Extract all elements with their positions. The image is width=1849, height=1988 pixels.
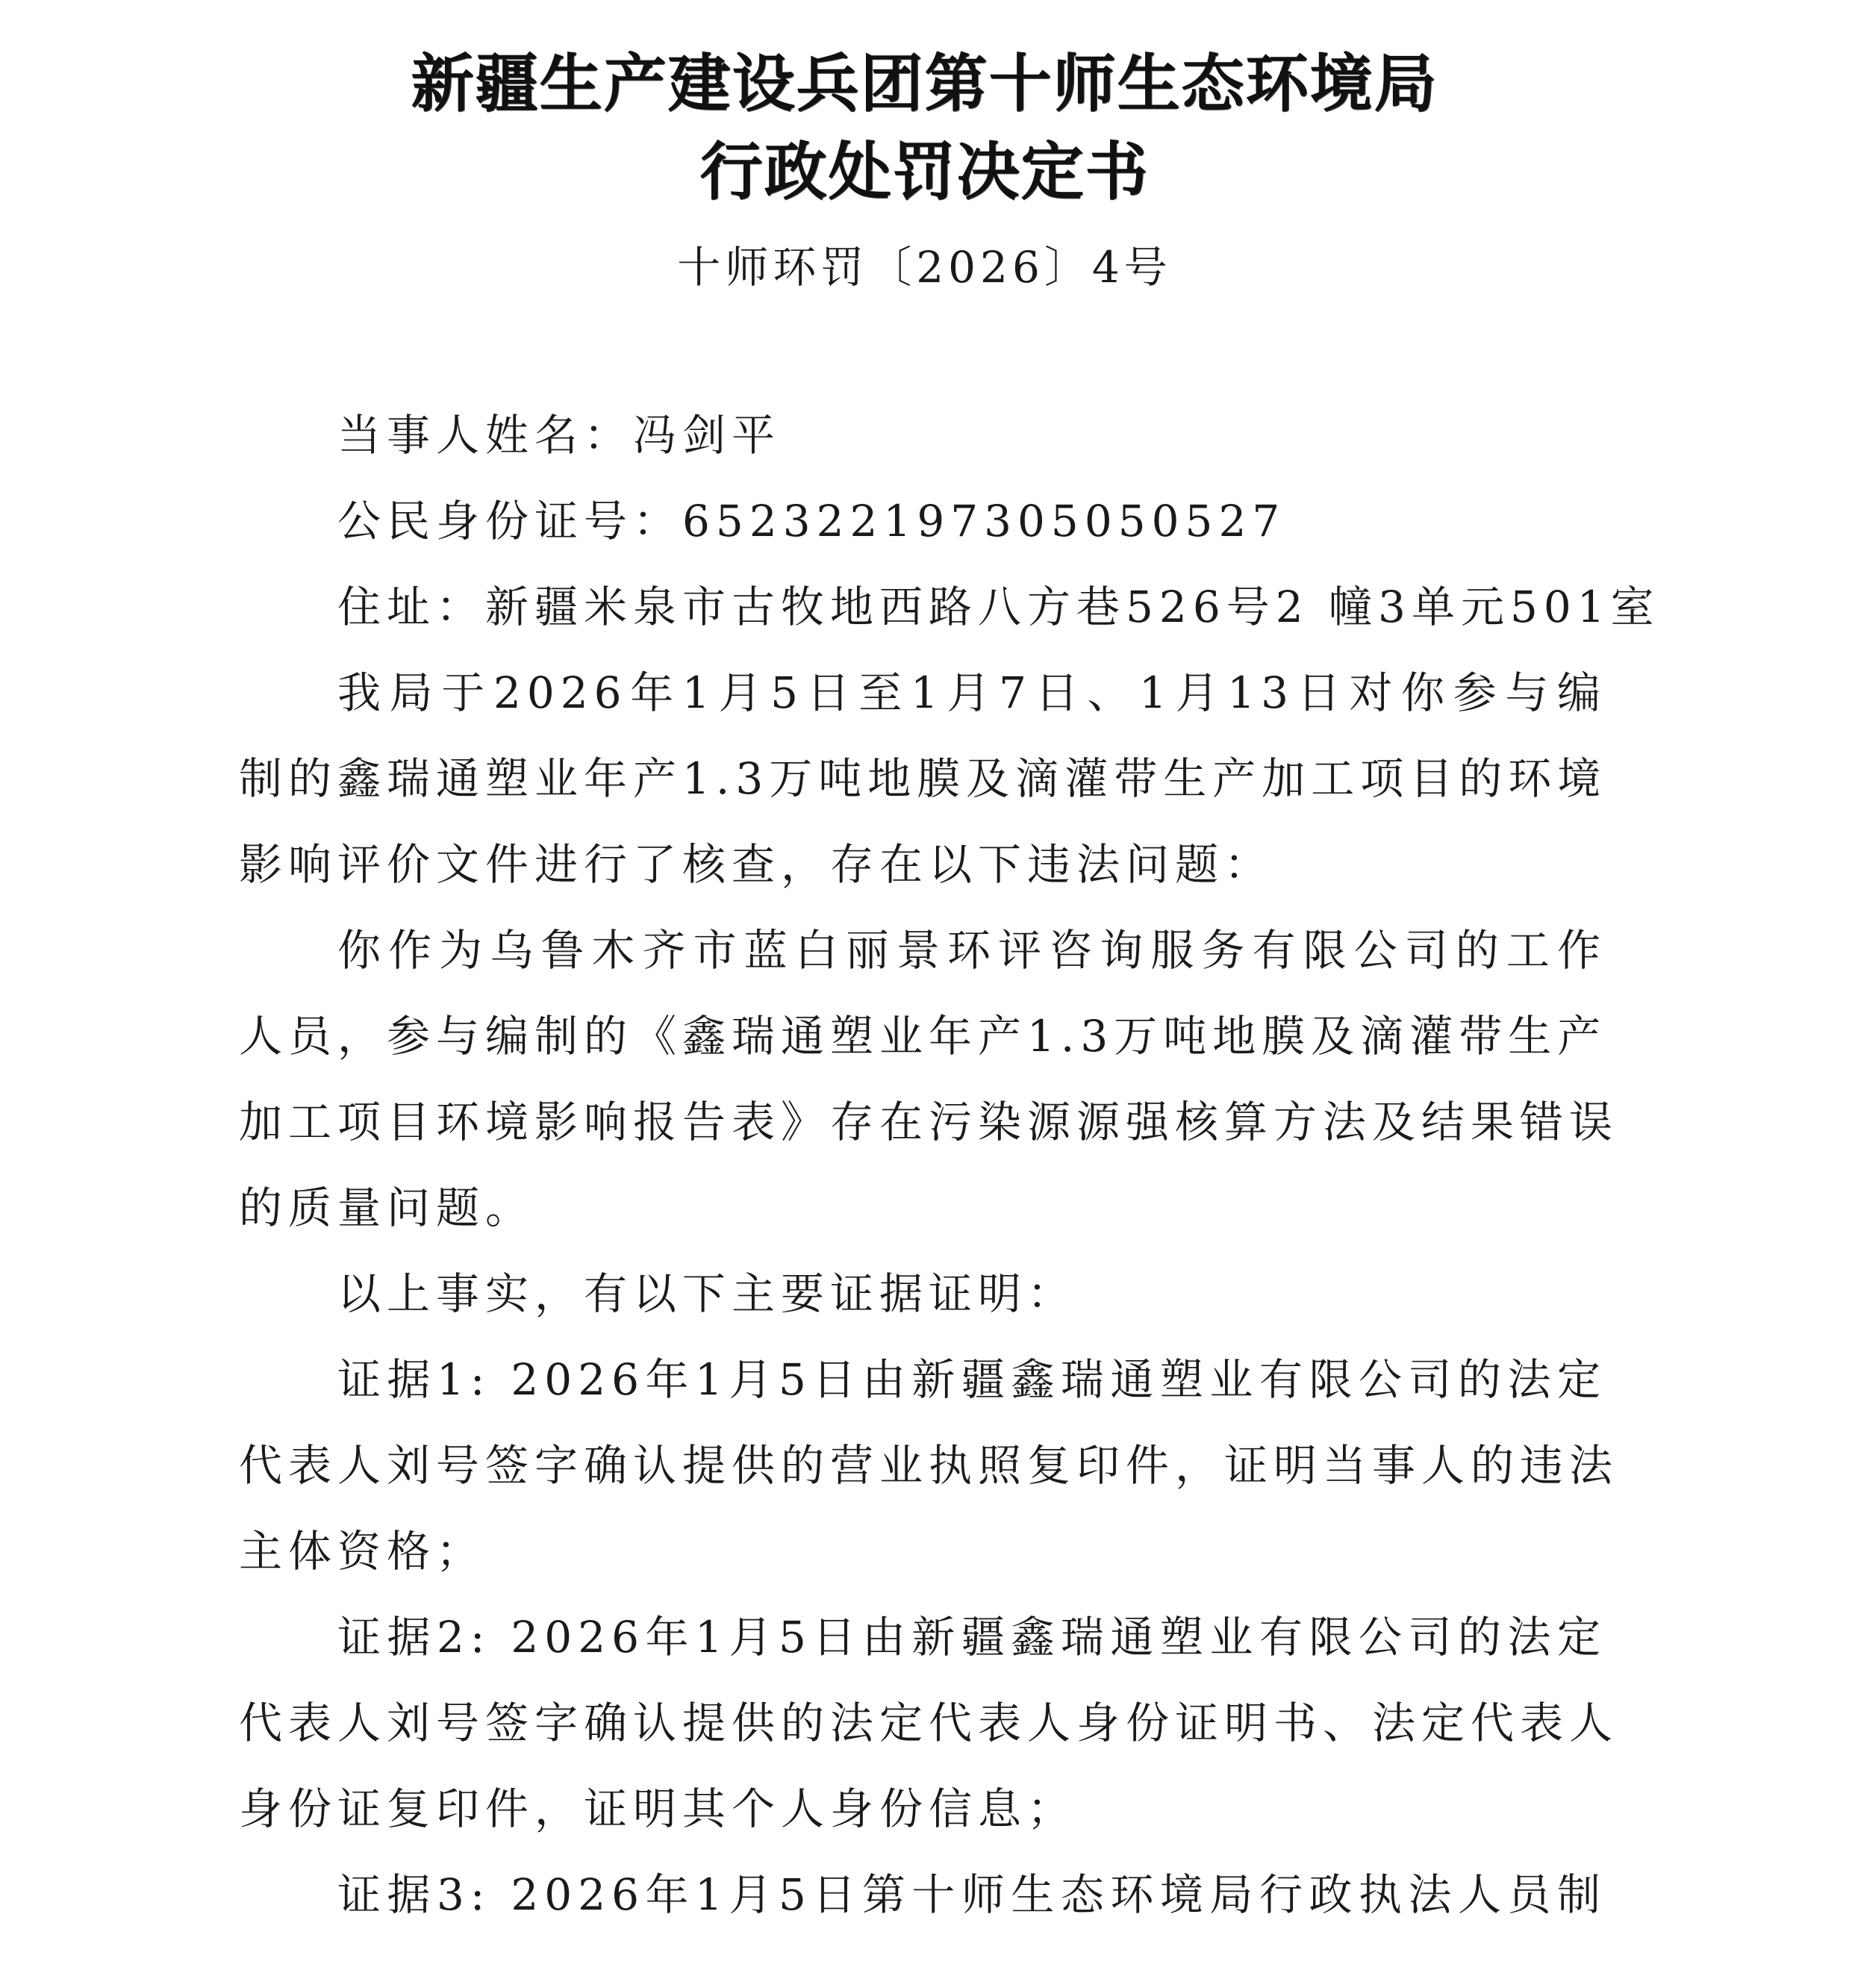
paragraph-violation-line: 加工项目环境影响报告表》存在污染源源强核算方法及结果错误 (239, 1092, 1605, 1152)
document-title-issuer: 新疆生产建设兵团第十师生态环境局 (0, 46, 1849, 121)
evidence-2-line: 代表人刘号签字确认提供的法定代表人身份证明书、法定代表人 (239, 1693, 1605, 1753)
evidence-2-line: 证据2: 2026年1月5日由新疆鑫瑞通塑业有限公司的法定 (337, 1607, 1606, 1667)
document-title-type: 行政处罚决定书 (0, 134, 1849, 209)
paragraph-violation-line: 人员，参与编制的《鑫瑞通塑业年产1.3万吨地膜及滴灌带生产 (239, 1006, 1605, 1066)
party-address-label: 住址： (337, 582, 485, 632)
evidence-1-line: 证据1: 2026年1月5日由新疆鑫瑞通塑业有限公司的法定 (337, 1350, 1606, 1409)
party-name-value: 冯剑平 (633, 410, 781, 461)
party-id-label: 公民身份证号： (337, 496, 682, 546)
paragraph-inspection-line: 影响评价文件进行了核查，存在以下违法问题： (239, 835, 1605, 894)
party-address-row: 住址：新疆米泉市古牧地西路八方巷526号2 幢3单元501室 (337, 577, 1606, 637)
paragraph-violation-line: 的质量问题。 (239, 1178, 1605, 1238)
party-id-row: 公民身份证号：652322197305050527 (337, 491, 1606, 551)
party-id-value: 652322197305050527 (682, 496, 1285, 546)
party-address-value: 新疆米泉市古牧地西路八方巷526号2 幢3单元501室 (485, 582, 1660, 632)
party-name-label: 当事人姓名： (337, 410, 633, 461)
document-number: 十师环罚〔2026〕4号 (0, 237, 1849, 297)
evidence-3-line: 证据3: 2026年1月5日第十师生态环境局行政执法人员制 (337, 1865, 1606, 1925)
document-page: 新疆生产建设兵团第十师生态环境局 行政处罚决定书 十师环罚〔2026〕4号 当事… (0, 0, 1849, 1988)
paragraph-evidence-intro: 以上事实，有以下主要证据证明： (337, 1264, 1606, 1324)
paragraph-inspection-line: 我局于2026年1月5日至1月7日、1月13日对你参与编 (337, 663, 1606, 723)
party-name-row: 当事人姓名：冯剑平 (337, 405, 1606, 465)
evidence-2-line: 身份证复印件，证明其个人身份信息； (239, 1779, 1605, 1839)
paragraph-inspection-line: 制的鑫瑞通塑业年产1.3万吨地膜及滴灌带生产加工项目的环境 (239, 749, 1605, 808)
evidence-1-line: 主体资格； (239, 1521, 1605, 1581)
evidence-1-line: 代表人刘号签字确认提供的营业执照复印件，证明当事人的违法 (239, 1436, 1605, 1495)
paragraph-violation-line: 你作为乌鲁木齐市蓝白丽景环评咨询服务有限公司的工作 (337, 920, 1606, 980)
